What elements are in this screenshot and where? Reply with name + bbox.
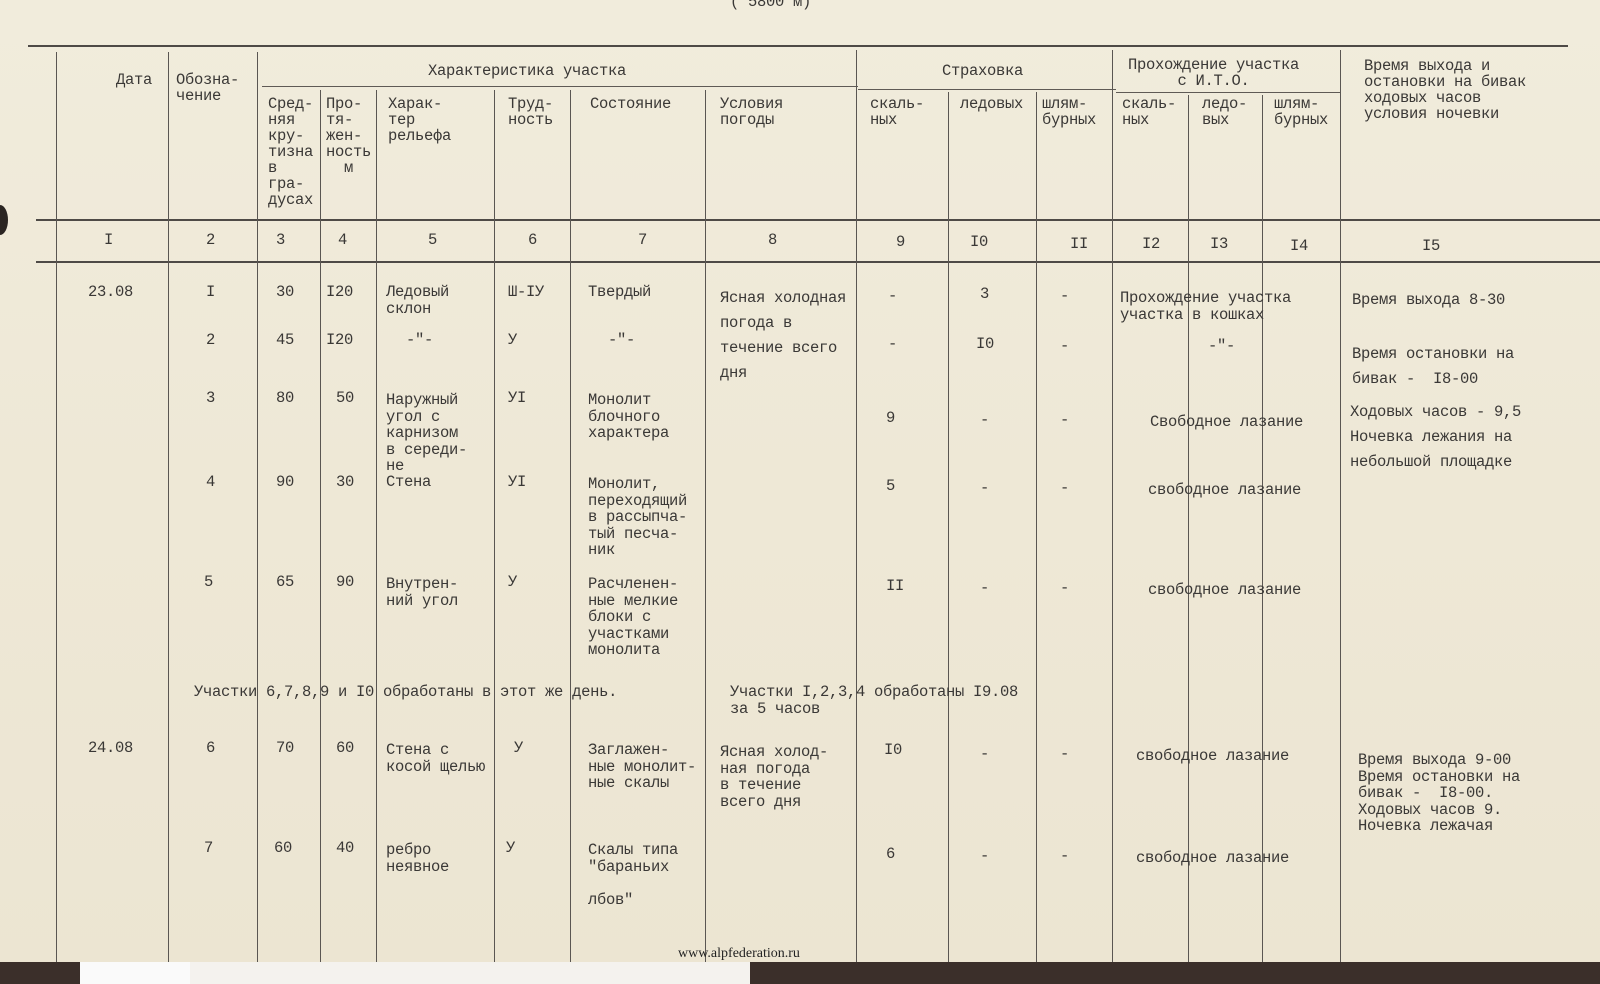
header-belay-group: Страховка	[942, 63, 1023, 79]
col-line	[948, 92, 949, 962]
cell-belay-bolt: -	[1060, 412, 1069, 429]
cell-steepness: 70	[276, 740, 294, 757]
header-aid-rock: скаль- ных	[1122, 96, 1176, 128]
col-line	[168, 52, 169, 962]
altitude-note: ( 5800 м)	[730, 0, 811, 11]
belay-rule	[858, 89, 1116, 90]
col-num-6: 6	[528, 232, 537, 249]
aid-rule	[1116, 92, 1340, 93]
cell-belay-rock: 9	[886, 410, 895, 427]
header-aid-bolt: шлям- бурных	[1274, 96, 1328, 128]
characteristics-rule	[262, 86, 858, 87]
cell-id: 3	[206, 390, 215, 407]
cell-id: 5	[204, 574, 213, 591]
cell-belay-bolt: -	[1060, 746, 1069, 763]
cell-length: 30	[336, 474, 354, 491]
cell-relief: -"-	[406, 332, 433, 349]
header-belay-rock: скаль- ных	[870, 96, 924, 128]
cell-condition: Заглажен- ные монолит- ные скалы	[588, 742, 696, 792]
col-num-4: 4	[338, 232, 347, 249]
col-num-13: I3	[1210, 236, 1228, 253]
header-difficulty: Труд- ность	[508, 96, 553, 128]
note-processed-earlier: Участки I,2,3,4 обработаны I9.08 за 5 ча…	[730, 684, 1018, 717]
cell-difficulty: У	[506, 840, 515, 857]
cell-steepness: 65	[276, 574, 294, 591]
col-line	[570, 90, 571, 962]
header-belay-bolt: шлям- бурных	[1042, 96, 1096, 128]
numbers-bottom-rule	[36, 261, 1600, 263]
watermark-url: www.alpfederation.ru	[678, 946, 800, 962]
document-page: ( 5800 м) Дата Обозна- чение Характерист…	[0, 0, 1600, 984]
scan-edge-white	[80, 962, 190, 984]
cell-relief: Стена с косой щелью	[386, 742, 485, 775]
cell-difficulty: У	[508, 574, 517, 591]
cell-belay-rock: -	[888, 288, 897, 305]
header-avg-steepness: Сред- няя кру- тизна в гра- дусах	[268, 96, 313, 208]
col-num-9: 9	[896, 234, 905, 251]
cell-belay-rock: II	[886, 578, 904, 595]
header-condition: Состояние	[590, 96, 671, 112]
cell-belay-rock: 6	[886, 846, 895, 863]
cell-aid: свободное лазание	[1148, 482, 1301, 499]
cell-difficulty: УI	[508, 474, 526, 491]
note-processed-same-day: Участки 6,7,8,9 и I0 обработаны в этот ж…	[194, 684, 617, 701]
cell-steepness: 60	[274, 840, 292, 857]
times-day1-exit: Время выхода 8-30	[1352, 292, 1505, 309]
cell-length: 90	[336, 574, 354, 591]
cell-aid: свободное лазание	[1136, 748, 1289, 765]
cell-aid: свободное лазание	[1136, 850, 1289, 867]
col-num-11: II	[1070, 236, 1088, 253]
scan-edge-white	[190, 962, 750, 984]
col-line	[257, 52, 258, 962]
cell-belay-ice: I0	[976, 336, 994, 353]
header-belay-ice: ледовых	[960, 96, 1023, 112]
cell-difficulty: У	[508, 332, 517, 349]
cell-belay-ice: -	[980, 412, 989, 429]
cell-belay-ice: -	[980, 480, 989, 497]
header-date: Дата	[116, 72, 152, 88]
cell-belay-ice: -	[980, 580, 989, 597]
col-num-14: I4	[1290, 238, 1308, 255]
cell-condition: Монолит, переходящий в рассыпча- тый пес…	[588, 476, 687, 559]
col-line	[1262, 95, 1263, 962]
col-num-8: 8	[768, 232, 777, 249]
weather-day1: Ясная холодная погода в течение всего дн…	[720, 286, 846, 386]
cell-belay-rock: I0	[884, 742, 902, 759]
col-num-2: 2	[206, 232, 215, 249]
cell-length: 50	[336, 390, 354, 407]
cell-condition: Расчленен- ные мелкие блоки с участками …	[588, 576, 678, 659]
cell-relief: ребро неявное	[386, 842, 449, 875]
header-aid-group: Прохождение участка с И.Т.О.	[1128, 57, 1299, 89]
col-line	[705, 90, 706, 962]
cell-difficulty: У	[514, 740, 523, 757]
col-num-5: 5	[428, 232, 437, 249]
header-bottom-rule	[36, 219, 1600, 221]
col-num-10: I0	[970, 234, 988, 251]
cell-date: 24.08	[88, 740, 133, 757]
header-designation: Обозна- чение	[176, 72, 239, 104]
cell-relief: Стена	[386, 474, 431, 491]
punch-hole	[0, 205, 8, 235]
col-num-15: I5	[1422, 238, 1440, 255]
cell-id: 7	[204, 840, 213, 857]
cell-aid: Прохождение участка участка в кошках	[1120, 290, 1291, 323]
cell-length: 60	[336, 740, 354, 757]
cell-belay-bolt: -	[1060, 480, 1069, 497]
header-times: Время выхода и остановки на бивак ходовы…	[1364, 58, 1526, 122]
col-line	[1112, 50, 1113, 962]
col-num-12: I2	[1142, 236, 1160, 253]
cell-relief: Ледовый склон	[386, 284, 449, 317]
cell-belay-rock: 5	[886, 478, 895, 495]
col-line	[320, 90, 321, 962]
col-line	[1036, 92, 1037, 962]
cell-steepness: 80	[276, 390, 294, 407]
cell-date: 23.08	[88, 284, 133, 301]
cell-difficulty: УI	[508, 390, 526, 407]
header-aid-ice: ледо- вых	[1202, 96, 1247, 128]
cell-condition: -"-	[608, 332, 635, 349]
cell-length: I20	[326, 284, 353, 301]
col-line	[1188, 95, 1189, 962]
cell-aid: свободное лазание	[1148, 582, 1301, 599]
cell-id: 4	[206, 474, 215, 491]
times-day2: Время выхода 9-00 Время остановки на бив…	[1358, 752, 1520, 835]
cell-belay-bolt: -	[1060, 580, 1069, 597]
col-num-1: I	[104, 232, 113, 249]
cell-id: 2	[206, 332, 215, 349]
cell-length: I20	[326, 332, 353, 349]
cell-id: 6	[206, 740, 215, 757]
cell-aid: Свободное лазание	[1150, 414, 1303, 431]
cell-steepness: 30	[276, 284, 294, 301]
cell-belay-bolt: -	[1060, 338, 1069, 355]
cell-id: I	[206, 284, 215, 301]
cell-belay-ice: 3	[980, 286, 989, 303]
col-line	[494, 90, 495, 962]
col-line	[856, 50, 857, 962]
times-day1-stop: Время остановки на бивак - I8-00	[1352, 342, 1514, 392]
cell-condition: Скалы типа "бараньих лбов"	[588, 842, 678, 908]
times-day1-hours: Ходовых часов - 9,5 Ночевка лежания на н…	[1350, 400, 1521, 475]
col-line	[376, 90, 377, 962]
cell-belay-bolt: -	[1060, 288, 1069, 305]
cell-relief: Наружный угол с карнизом в середи- не	[386, 392, 467, 475]
col-num-7: 7	[638, 232, 647, 249]
cell-length: 40	[336, 840, 354, 857]
col-line	[56, 52, 57, 962]
cell-difficulty: Ш-IУ	[508, 284, 544, 301]
cell-belay-ice: -	[980, 848, 989, 865]
cell-steepness: 90	[276, 474, 294, 491]
weather-day2: Ясная холод- ная погода в течение всего …	[720, 744, 828, 810]
header-length: Про- тя- жен- ность м	[326, 96, 371, 176]
cell-belay-bolt: -	[1060, 848, 1069, 865]
header-relief: Харак- тер рельефа	[388, 96, 451, 144]
col-line	[1340, 50, 1341, 962]
header-section-characteristics: Характеристика участка	[428, 63, 626, 79]
cell-steepness: 45	[276, 332, 294, 349]
cell-belay-ice: -	[980, 746, 989, 763]
col-num-3: 3	[276, 232, 285, 249]
cell-condition: Твердый	[588, 284, 651, 301]
table-top-rule	[28, 45, 1568, 47]
cell-condition: Монолит блочного характера	[588, 392, 669, 442]
cell-belay-rock: -	[888, 336, 897, 353]
cell-relief: Внутрен- ний угол	[386, 576, 458, 609]
header-weather: Условия погоды	[720, 96, 783, 128]
cell-aid: -"-	[1208, 338, 1235, 355]
